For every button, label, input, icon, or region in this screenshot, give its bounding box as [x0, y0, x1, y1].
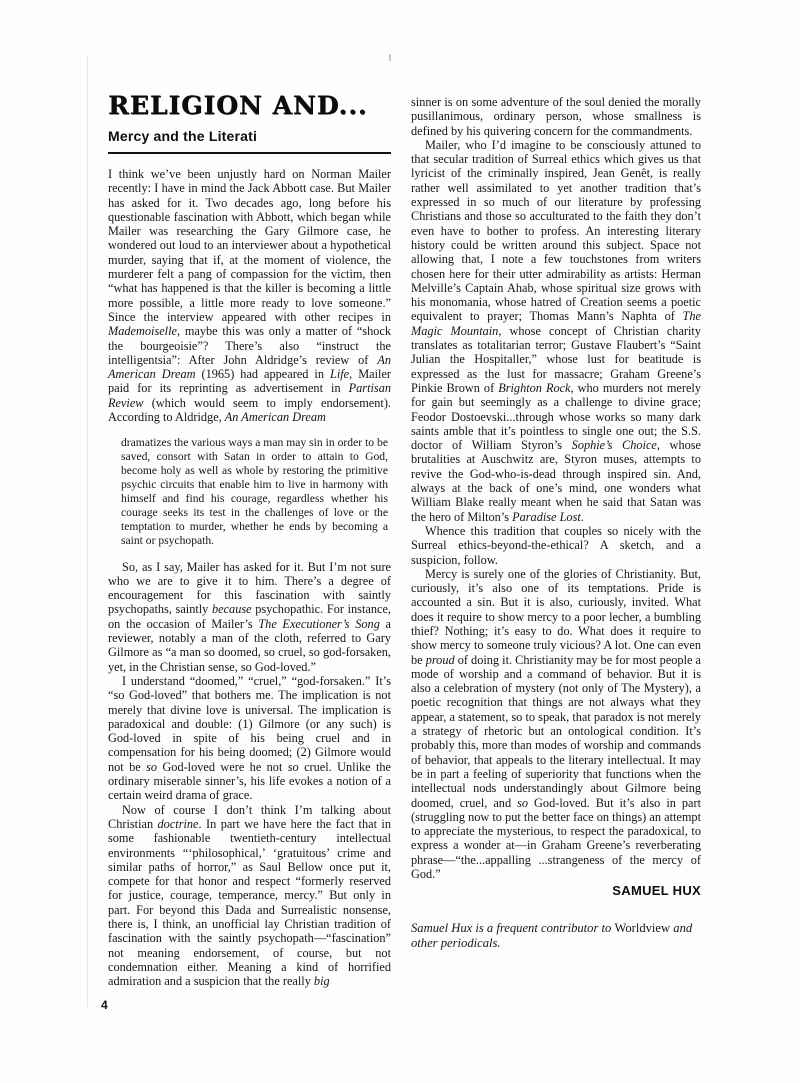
scan-artifact	[389, 54, 391, 61]
author-byline: SAMUEL HUX	[411, 884, 701, 898]
article-title: Mercy and the Literati	[108, 129, 391, 143]
magazine-page: RELIGION AND... Mercy and the Literati I…	[0, 0, 800, 1083]
page-gutter-line	[87, 55, 88, 1007]
paragraph: I think we’ve been unjustly hard on Norm…	[108, 167, 391, 424]
paragraph: Mailer, who I’d imagine to be consciousl…	[411, 138, 701, 524]
section-title: RELIGION AND...	[108, 93, 391, 118]
paragraph: sinner is on some adventure of the soul …	[411, 95, 701, 138]
paragraph: I understand “doomed,” “cruel,” “god-for…	[108, 674, 391, 803]
page-number: 4	[101, 998, 108, 1012]
title-rule	[108, 152, 391, 154]
paragraph: Now of course I don’t think I’m talking …	[108, 803, 391, 989]
contributor-note: Samuel Hux is a frequent contributor to …	[411, 921, 701, 952]
paragraph: Mercy is surely one of the glories of Ch…	[411, 567, 701, 882]
right-column: sinner is on some adventure of the soul …	[411, 95, 701, 952]
paragraph: Whence this tradition that couples so ni…	[411, 524, 701, 567]
paragraph: So, as I say, Mailer has asked for it. B…	[108, 560, 391, 674]
block-quote: dramatizes the various ways a man may si…	[121, 436, 388, 547]
left-column: RELIGION AND... Mercy and the Literati I…	[108, 93, 391, 989]
